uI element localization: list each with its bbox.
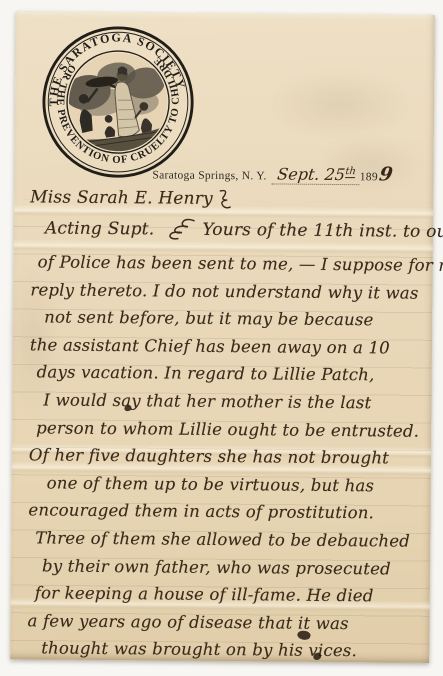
handwritten-year: 9 (377, 163, 394, 185)
salutation-line: Acting Supt. Yours of the 11th inst. to … (45, 216, 443, 244)
letter-line: not sent before, but it may be because (30, 304, 426, 335)
letter-line: I would say that her mother is the last (29, 386, 425, 417)
letter-line: thought was brought on by his vices. (27, 635, 423, 666)
ink-bleed-through (265, 68, 416, 139)
recipient-line: Miss Sarah E. Henry (30, 187, 237, 209)
pen-coil-icon (164, 217, 196, 241)
letter-line: days vacation. In regard to Lillie Patch… (30, 359, 426, 390)
letter-line: one of them up to be virtuous, but has (29, 469, 425, 500)
letter-paper: THE SARATOGA SOCIETY FOR THE PREVENTION … (10, 11, 435, 663)
scanned-letter: THE SARATOGA SOCIETY FOR THE PREVENTION … (0, 0, 443, 676)
letter-line: person to whom Lillie ought to be entrus… (29, 414, 425, 445)
letter-line: Yours of the 11th inst. to our Chief (202, 220, 443, 243)
letter-line: Three of them she allowed to be debauche… (28, 524, 424, 555)
letter-line: the assistant Chief has been away on a 1… (30, 331, 426, 362)
dateline: Saratoga Springs, N. Y. Sept. 25th 189 9 (152, 161, 424, 185)
letter-line: reply thereto. I do not understand why i… (30, 276, 426, 307)
letter-line: of Police has been sent to me, — I suppo… (31, 248, 427, 279)
recipient-title: Acting Supt. (45, 218, 155, 239)
recipient-name: Miss Sarah E. Henry (30, 187, 213, 209)
handwritten-date: Sept. 25th (277, 164, 357, 184)
letter-line: Of her five daughters she has not brough… (29, 441, 425, 472)
place-printed: Saratoga Springs, N. Y. (152, 169, 266, 182)
date-rule: Sept. 25th (272, 164, 360, 185)
pen-flourish-icon (217, 189, 231, 209)
letter-line: by their own father, who was prosecuted (28, 552, 424, 583)
letter-line: a few years ago of disease that it was (27, 607, 423, 638)
letter-line: encouraged them in acts of prostitution. (28, 497, 424, 528)
letter-line: for keeping a house of ill-fame. He died (28, 579, 424, 610)
year-printed: 189 (360, 171, 378, 183)
letter-body: of Police has been sent to me, — I suppo… (27, 248, 427, 665)
